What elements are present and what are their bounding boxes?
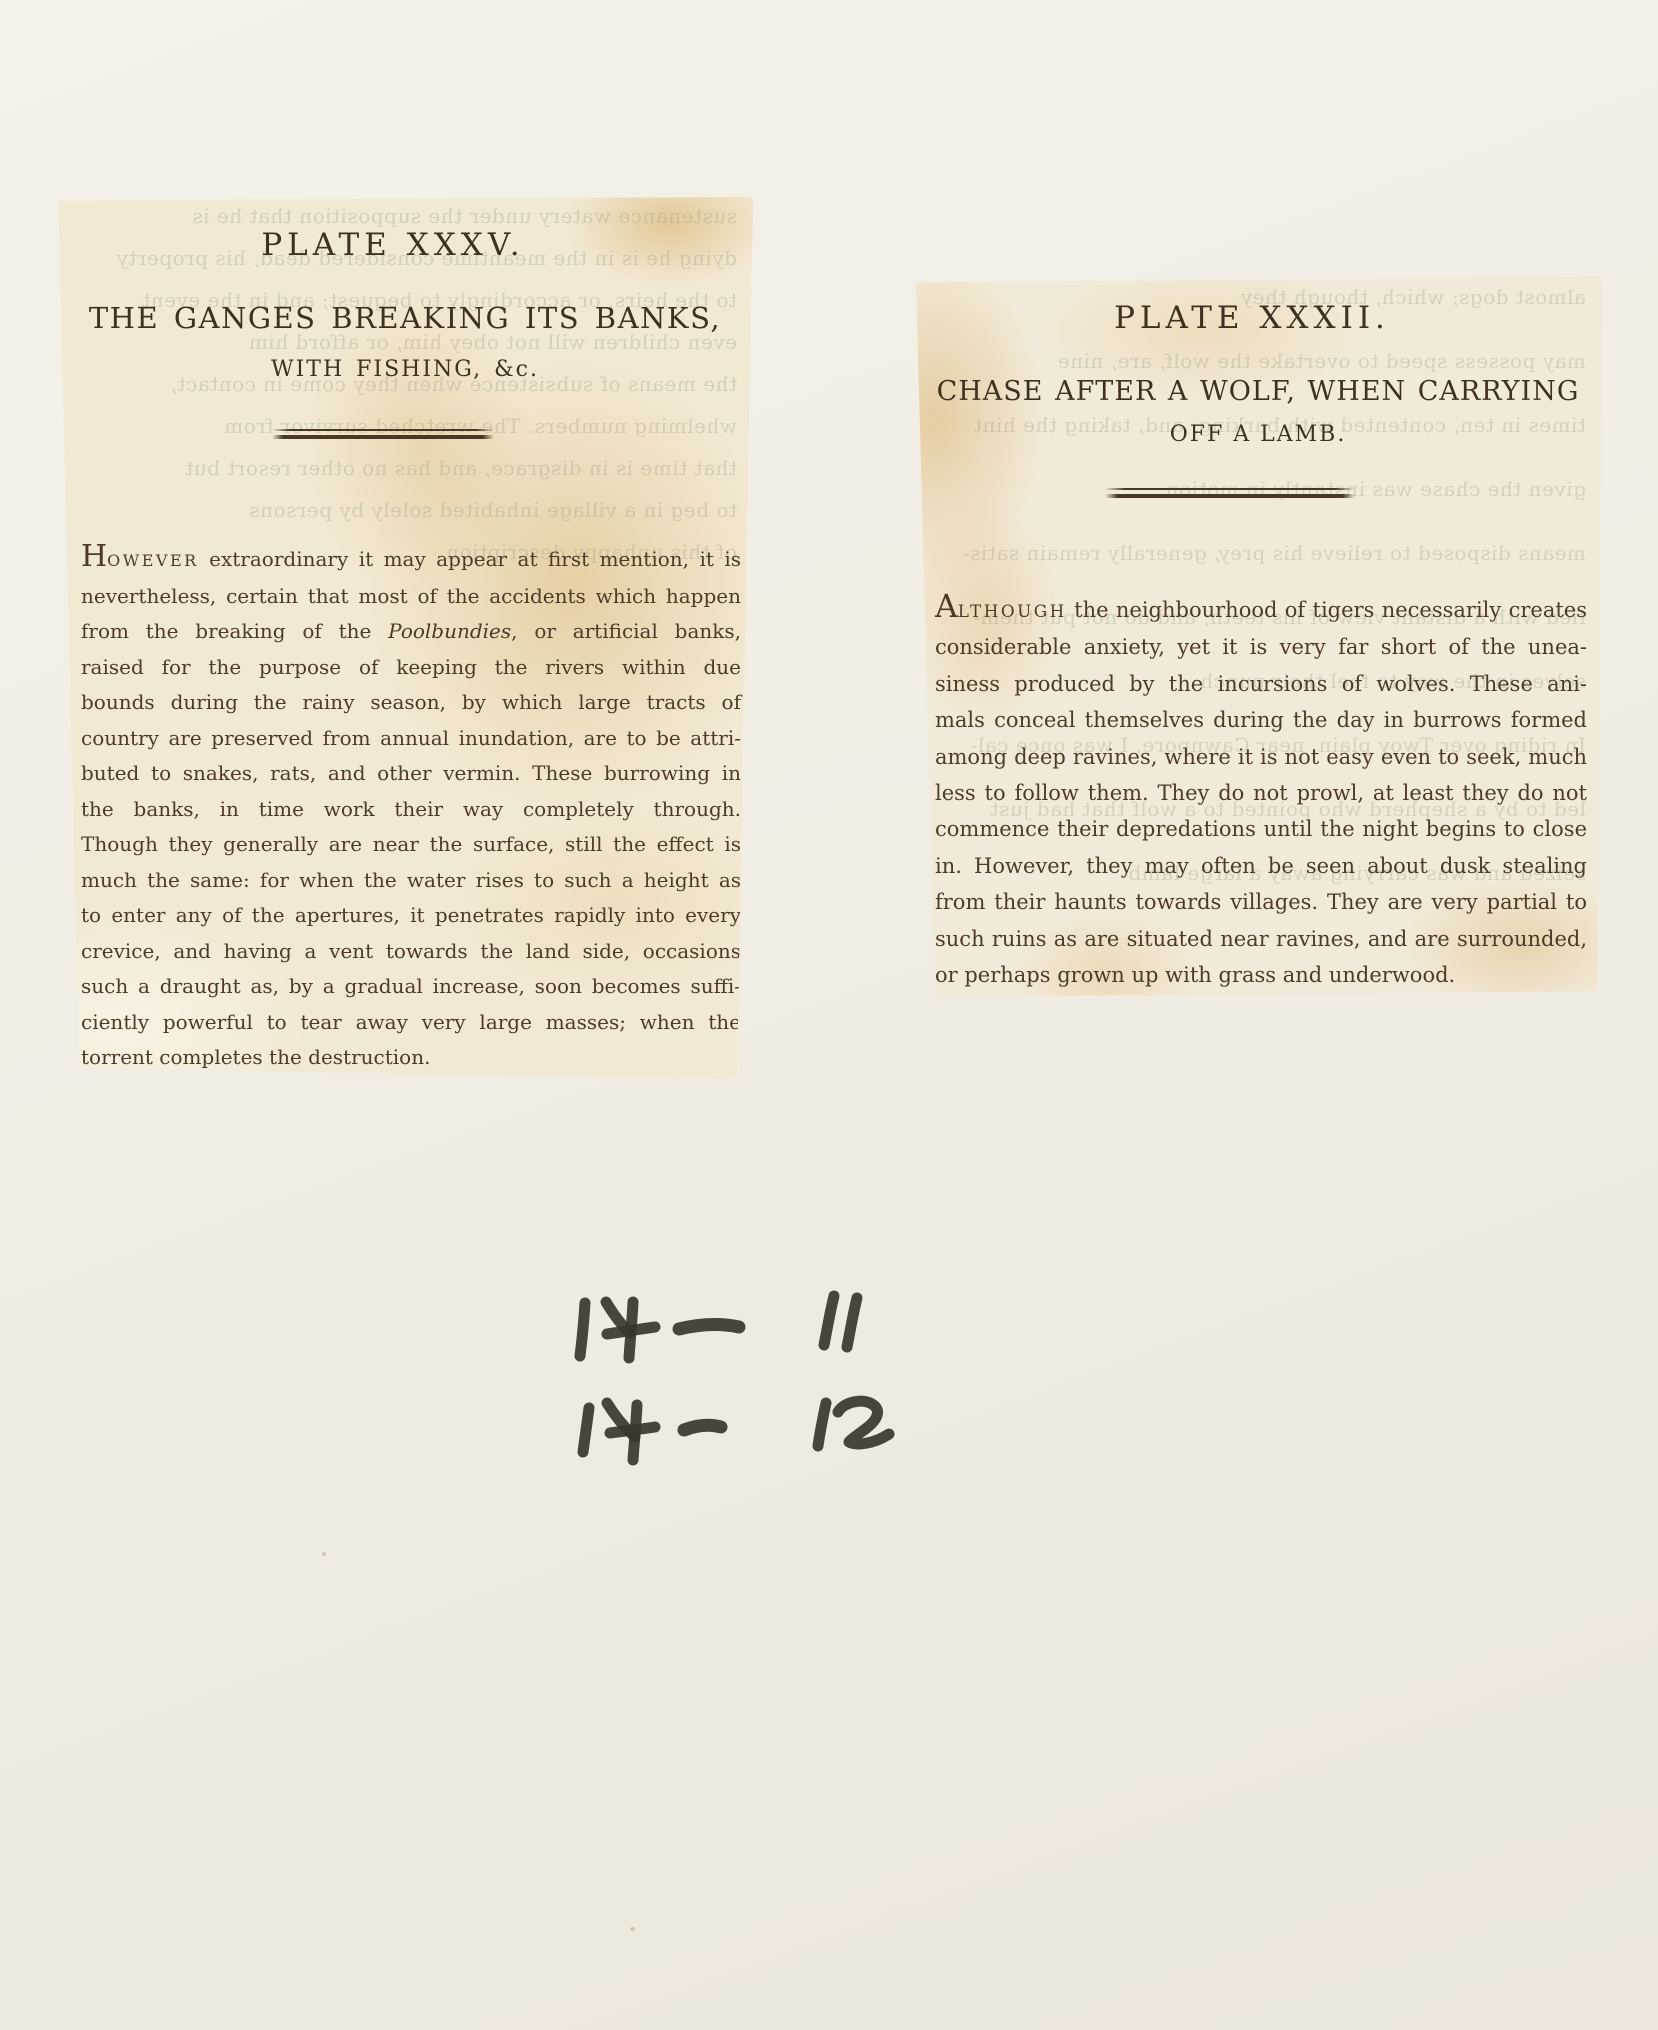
body-line: such a draught as, by a gradual increase… (81, 969, 741, 1005)
body-line: ciently powerful to tear away very large… (81, 1005, 741, 1041)
plate-heading: PLATE XXXV. (45, 227, 741, 263)
clipping-body-text: ALTHOUGH the neighbourhood of tigers nec… (935, 592, 1587, 993)
body-line: country are preserved from annual inunda… (81, 721, 741, 757)
body-line: much the same: for when the water rises … (81, 863, 741, 899)
body-line: bounds during the rainy season, by which… (81, 685, 741, 721)
small-caps-lead: LTHOUGH (958, 601, 1067, 621)
bleedthrough-line: means disposed to relieve his prey, gene… (914, 542, 1602, 564)
rule-thick-line (272, 435, 494, 439)
double-rule-ornament (272, 429, 494, 439)
body-line: ALTHOUGH the neighbourhood of tigers nec… (935, 592, 1587, 629)
double-rule-ornament (1105, 488, 1355, 498)
body-line: crevice, and having a vent towards the l… (81, 934, 741, 970)
body-line: raised for the purpose of keeping the ri… (81, 650, 741, 686)
body-line: torrent completes the destruction. (81, 1040, 741, 1076)
album-page: sustenance watery under the supposition … (0, 0, 1658, 2030)
body-line: among deep ravines, where it is not easy… (935, 739, 1587, 775)
body-line: buted to snakes, rats, and other vermin.… (81, 756, 741, 792)
drop-initial: A (935, 589, 958, 625)
body-line: Though they generally are near the surfa… (81, 827, 741, 863)
drop-initial: H (81, 539, 107, 574)
small-caps-lead: OWEVER (107, 551, 199, 570)
handwritten-annotation-line-1 (580, 1296, 857, 1358)
plate-heading: PLATE XXXII. (908, 300, 1596, 336)
fox-spot (630, 1927, 635, 1931)
clipping-subtitle: OFF A LAMB. (914, 422, 1602, 447)
body-line: the banks, in time work their way comple… (81, 792, 741, 828)
rule-thin-line (272, 429, 494, 431)
clipping-title: THE GANGES BREAKING ITS BANKS, (57, 301, 753, 335)
clipping-title: CHASE AFTER A WOLF, WHEN CARRYING (914, 376, 1602, 407)
rule-thin-line (1105, 488, 1355, 490)
bleedthrough-line: that time is in disgrace, and has no oth… (57, 457, 753, 479)
handwritten-numbers (540, 1260, 940, 1490)
body-line: siness produced by the incursions of wol… (935, 666, 1587, 702)
body-line: from their haunts towards villages. They… (935, 884, 1587, 920)
body-line: to enter any of the apertures, it penetr… (81, 898, 741, 934)
clipping-plate-xxxii: almost dogs; which, though theymay posse… (914, 276, 1602, 997)
body-line: from the breaking of the Poolbundies, or… (81, 614, 741, 650)
fox-spot (322, 1552, 326, 1556)
clipping-body-text: HOWEVER extraordinary it may appear at f… (81, 542, 741, 1076)
bleedthrough-line: sustenance watery under the supposition … (57, 205, 753, 227)
clipping-subtitle: WITH FISHING, &c. (57, 357, 753, 382)
bleedthrough-line: to beg in a village inhabited solely by … (57, 499, 753, 521)
body-line: or perhaps grown up with grass and under… (935, 957, 1587, 993)
body-line: nevertheless, certain that most of the a… (81, 579, 741, 615)
handwritten-annotation-line-2 (583, 1401, 889, 1460)
body-line: less to follow them. They do not prowl, … (935, 775, 1587, 811)
clipping-plate-xxxv: sustenance watery under the supposition … (57, 197, 753, 1079)
rule-thick-line (1105, 494, 1355, 498)
body-line: HOWEVER extraordinary it may appear at f… (81, 542, 741, 579)
body-line: such ruins as are situated near ravines,… (935, 921, 1587, 957)
bleedthrough-line: may possess speed to overtake the wolf, … (914, 350, 1602, 372)
body-line: commence their depredations until the ni… (935, 811, 1587, 847)
body-line: in. However, they may often be seen abou… (935, 848, 1587, 884)
body-line: mals conceal themselves during the day i… (935, 702, 1587, 738)
body-line: considerable anxiety, yet it is very far… (935, 629, 1587, 665)
